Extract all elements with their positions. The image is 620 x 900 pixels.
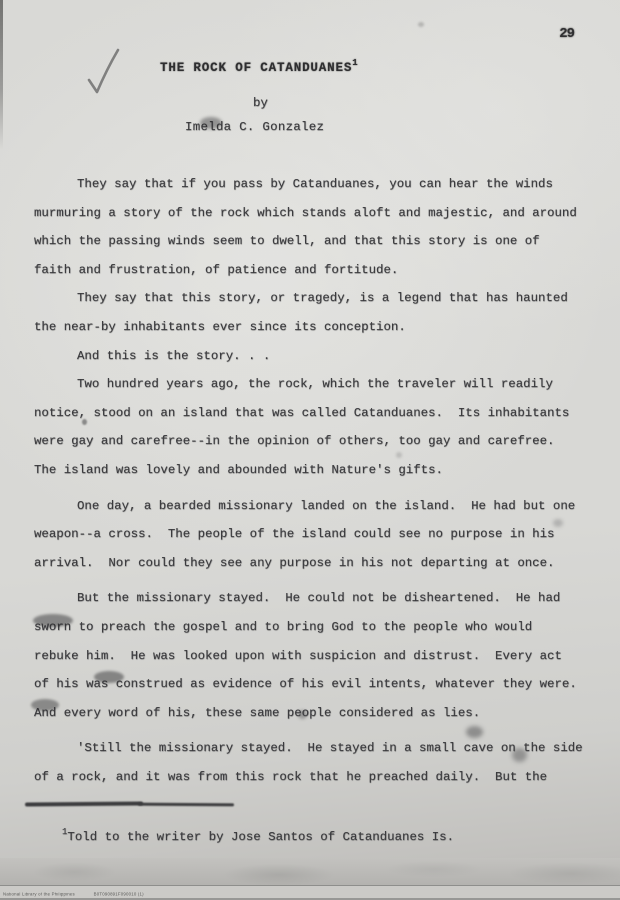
paragraph: They say that this story, or tragedy, is…: [34, 284, 594, 341]
footnote: 1Told to the writer by Jose Santos of Ca…: [62, 818, 454, 851]
text-line: And every word of his, these same people…: [34, 699, 594, 728]
scanned-document-page: 29 THE ROCK OF CATANDUANES1 by Imelda C.…: [0, 0, 620, 900]
ink-smudge: [418, 22, 424, 27]
scan-code: B0T090891F090010 (1): [94, 893, 144, 897]
text-line: Two hundred years ago, the rock, which t…: [34, 370, 594, 399]
text-line: which the passing winds seem to dwell, a…: [34, 227, 594, 256]
document-title: THE ROCK OF CATANDUANES1: [160, 58, 358, 75]
text-line: They say that this story, or tragedy, is…: [34, 284, 594, 313]
text-line: But the missionary stayed. He could not …: [34, 584, 594, 613]
byline-by: by: [253, 96, 268, 110]
title-footnote-marker: 1: [352, 58, 358, 68]
text-line: weapon--a cross. The people of the islan…: [34, 520, 594, 549]
page-number: 29: [559, 26, 574, 42]
text-line: The island was lovely and abounded with …: [34, 456, 594, 485]
title-text: THE ROCK OF CATANDUANES: [160, 61, 352, 75]
text-line: the near-by inhabitants ever since its c…: [34, 313, 594, 342]
scan-edge-shadow: [0, 0, 3, 150]
paragraph: One day, a bearded missionary landed on …: [34, 492, 594, 578]
scan-footer-text: National Library of the PhilippinesB0T09…: [3, 893, 144, 897]
footnote-rule: [25, 801, 143, 806]
body-text: They say that if you pass by Catanduanes…: [34, 170, 594, 791]
paragraph: 'Still the missionary stayed. He stayed …: [34, 734, 594, 791]
paragraph: They say that if you pass by Catanduanes…: [34, 170, 594, 284]
text-line: of a rock, and it was from this rock tha…: [34, 763, 594, 792]
text-line: arrival. Nor could they see any purpose …: [34, 549, 594, 578]
text-line: They say that if you pass by Catanduanes…: [34, 170, 594, 199]
text-line: faith and frustration, of patience and f…: [34, 256, 594, 285]
paragraph: Two hundred years ago, the rock, which t…: [34, 370, 594, 484]
text-line: of his was construed as evidence of his …: [34, 670, 594, 699]
text-line: One day, a bearded missionary landed on …: [34, 492, 594, 521]
text-line: sworn to preach the gospel and to bring …: [34, 613, 594, 642]
checkmark-icon: [84, 48, 124, 96]
text-line: And this is the story. . .: [34, 342, 594, 371]
text-line: 'Still the missionary stayed. He stayed …: [34, 734, 594, 763]
scan-bottom-band: [0, 858, 620, 886]
paragraph: But the missionary stayed. He could not …: [34, 584, 594, 727]
text-line: rebuke him. He was looked upon with susp…: [34, 642, 594, 671]
text-line: murmuring a story of the rock which stan…: [34, 199, 594, 228]
library-name: National Library of the Philippines: [3, 893, 75, 897]
paragraph: And this is the story. . .: [34, 342, 594, 371]
text-line: notice, stood on an island that was call…: [34, 399, 594, 428]
footnote-rule: [138, 803, 234, 807]
text-line: were gay and carefree--in the opinion of…: [34, 427, 594, 456]
byline-author: Imelda C. Gonzalez: [185, 120, 324, 134]
footnote-text: Told to the writer by Jose Santos of Cat…: [67, 830, 454, 844]
